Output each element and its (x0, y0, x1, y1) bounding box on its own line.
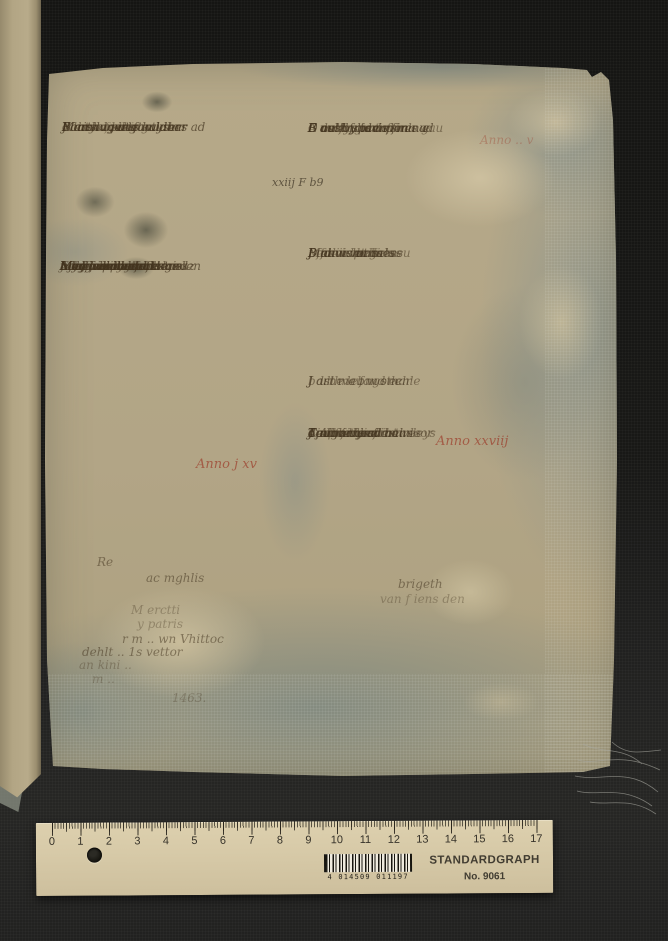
bottom-note: M erctti (131, 603, 180, 617)
ruler-number: 7 (248, 835, 254, 847)
restoration-gauze (43, 674, 617, 778)
red-anno-annotation: Anno .. v (480, 133, 533, 147)
ruler-number: 8 (277, 834, 283, 846)
ruler-number: 16 (502, 833, 514, 845)
ruler-number: 6 (220, 835, 226, 847)
ruler-model-label: No. 9061 (422, 871, 547, 883)
bottom-note: y patris (137, 617, 183, 631)
ruler-number: 0 (49, 836, 55, 848)
loose-threads (572, 736, 666, 818)
ruler-ticks (52, 820, 539, 829)
barcode-bars (324, 854, 412, 873)
facing-flyleaf-edge (0, 0, 41, 803)
manuscript-line: brigeth (398, 577, 443, 591)
ruler-number: 17 (530, 833, 542, 845)
photo-stage: Ecnt bay der gulden M ar .. fa .. is W l… (0, 0, 668, 941)
red-anno-annotation: Anno xxviij (436, 434, 508, 449)
ruler-number: 13 (416, 834, 428, 846)
red-anno-annotation: Anno j xv (196, 457, 257, 472)
ruler-number: 10 (331, 834, 343, 846)
barcode: 4 014509 011197 (324, 854, 412, 882)
ruler-number: 9 (305, 834, 311, 846)
bottom-note: dehlt .. 1s vettor (82, 645, 183, 659)
ruler-number: 15 (473, 833, 485, 845)
centimeter-ticks (52, 820, 539, 836)
ruler: 0 1 2 3 4 5 6 7 8 9 10 11 12 13 14 15 16… (36, 820, 553, 896)
manuscript-line: van f iens den (380, 592, 465, 606)
barcode-digits: 4 014509 011197 (324, 873, 412, 882)
ruler-hang-hole (87, 848, 102, 863)
bottom-note: Re (97, 555, 113, 569)
marginal-foliation-note: xxiij F b9 (272, 176, 324, 189)
bottom-note: m .. (92, 672, 115, 686)
ruler-number: 12 (388, 834, 400, 846)
ruler-number: 3 (134, 835, 140, 847)
bottom-note: ac mghlis (146, 571, 204, 585)
ruler-number: 1 (77, 836, 83, 848)
ruler-brand-label: STANDARDGRAPH (422, 854, 547, 867)
restoration-gauze (545, 60, 617, 778)
manuscript-page: Ecnt bay der gulden M ar .. fa .. is W l… (43, 60, 617, 778)
ruler-number: 14 (445, 833, 457, 845)
bottom-note: 1463. (172, 691, 206, 705)
ruler-number: 11 (360, 834, 371, 846)
bottom-note: r m .. wn Vhittoc (122, 632, 224, 646)
ruler-number: 5 (191, 835, 197, 847)
bottom-note: an kini .. (79, 658, 132, 672)
ruler-number: 2 (106, 836, 112, 848)
ruler-number: 4 (163, 835, 169, 847)
